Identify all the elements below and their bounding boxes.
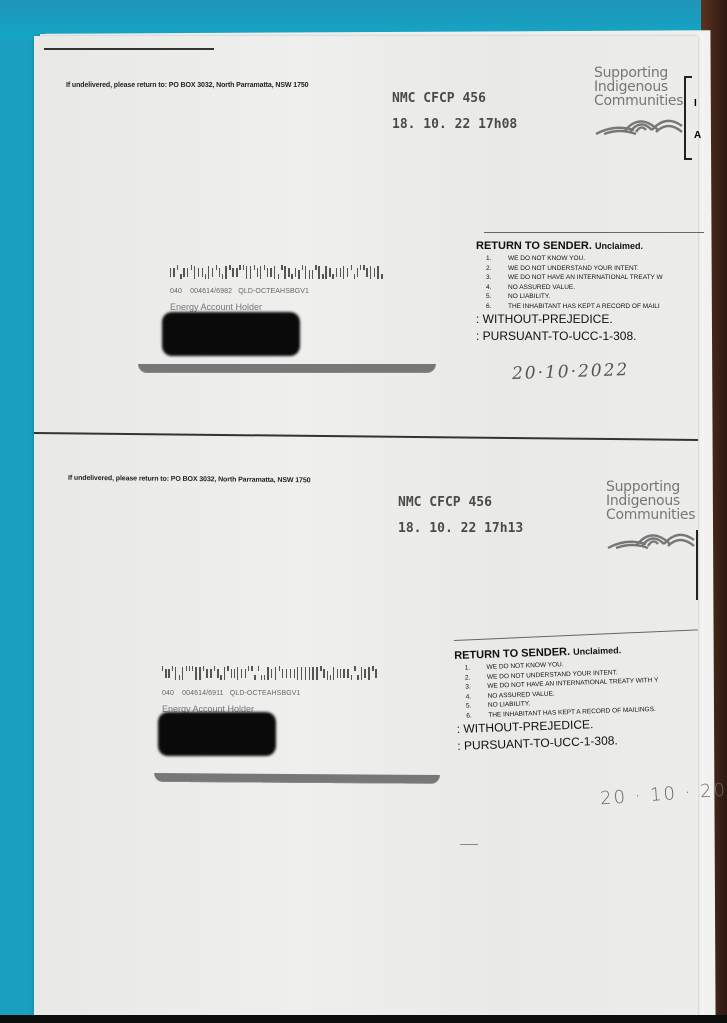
redacted-address [162, 312, 300, 356]
postal-barcode [170, 265, 384, 279]
reason-number: 5. [476, 292, 508, 302]
reason-text: WE DO NOT UNDERSTAND YOUR INTENT. [508, 264, 639, 274]
stamp-title: RETURN TO SENDER. Unclaimed. [476, 240, 663, 252]
reason-number: 1. [476, 254, 508, 264]
logo-line-2: Indigenous [606, 494, 714, 508]
logo-line-3: Communities [606, 508, 714, 522]
account-code: 040 [170, 288, 182, 295]
reason-text: NO ASSURED VALUE. [508, 283, 575, 293]
reason-number: 3. [476, 273, 508, 283]
stamp-top-rule [454, 629, 698, 641]
return-address: If undelivered, please return to: PO BOX… [66, 82, 308, 89]
account-reference: QLD-OCTEAHSBGV1 [238, 288, 309, 295]
bracket-letter-i: I [694, 98, 697, 109]
wave-pattern-icon [594, 108, 684, 138]
addressee-label: Energy Account Holder [170, 302, 262, 312]
reason-text: THE INHABITANT HAS KEPT A RECORD OF MAIL… [508, 302, 660, 312]
bracket-letter-a: A [694, 130, 701, 141]
logo-line-1: Supporting [606, 480, 714, 494]
postmark-code: NMC CFCP 456 [398, 490, 523, 516]
reason-text: NO LIABILITY. [508, 292, 550, 302]
stamp-reason-item: 3.WE DO NOT HAVE AN INTERNATIONAL TREATY… [476, 273, 663, 283]
reason-number: 2. [476, 264, 508, 274]
account-line: 040 004614/6982 QLD-OCTEAHSBGV1 [170, 288, 309, 295]
return-to-sender-stamp: RETURN TO SENDER. Unclaimed. 1.WE DO NOT… [454, 643, 661, 755]
table-edge-bottom [0, 1015, 727, 1023]
paper-sheet-front: If undelivered, please return to: PO BOX… [34, 36, 698, 1018]
envelope-window-edge [138, 364, 436, 373]
return-to-sender-stamp: RETURN TO SENDER. Unclaimed. 1.WE DO NOT… [476, 240, 663, 345]
handwritten-date: 20·10·2022 [512, 360, 630, 384]
account-line: 040 004614/6911 QLD-OCTEAHSBGV1 [162, 690, 301, 697]
postmark-code: NMC CFCP 456 [392, 86, 517, 112]
reason-text: WE DO NOT KNOW YOU. [508, 254, 585, 264]
reason-number: 6. [476, 302, 508, 312]
stamp-reason-item: 6.THE INHABITANT HAS KEPT A RECORD OF MA… [476, 302, 663, 312]
pencil-mark [460, 844, 478, 845]
account-number: 004614/6982 [190, 288, 232, 295]
postmark-date: 18. 10. 22 17h13 [398, 516, 523, 542]
stamp-reason-item: 4.NO ASSURED VALUE. [476, 283, 663, 293]
stamp-reasons-list: 1.WE DO NOT KNOW YOU.2.WE DO NOT UNDERST… [454, 657, 659, 721]
envelope-divider [34, 432, 698, 441]
stamp-top-rule [484, 232, 704, 233]
window-bracket [696, 530, 698, 600]
clause-ucc: : PURSUANT-TO-UCC-1-308. [476, 328, 663, 345]
stamp-reason-item: 5.NO LIABILITY. [476, 292, 663, 302]
reason-text: WE DO NOT HAVE AN INTERNATIONAL TREATY W [508, 273, 663, 283]
redacted-address [158, 712, 276, 756]
stamp-reasons-list: 1.WE DO NOT KNOW YOU.2.WE DO NOT UNDERST… [476, 254, 663, 311]
postmark: NMC CFCP 456 18. 10. 22 17h08 [392, 86, 517, 138]
top-edge-line [44, 48, 214, 50]
postmark-date: 18. 10. 22 17h08 [392, 112, 517, 138]
envelope-window-edge [154, 773, 440, 784]
stamp-reason-item: 2.WE DO NOT UNDERSTAND YOUR INTENT. [476, 264, 663, 274]
account-reference: QLD-OCTEAHSBGV1 [230, 690, 301, 697]
postmark: NMC CFCP 456 18. 10. 22 17h13 [398, 490, 523, 542]
wave-pattern-icon [606, 522, 696, 552]
account-number: 004614/6911 [182, 690, 223, 697]
clause-without-prejudice: : WITHOUT-PREJEDICE. [476, 311, 663, 328]
return-address: If undelivered, please return to: PO BOX… [68, 475, 311, 485]
postal-barcode [162, 666, 378, 680]
account-code: 040 [162, 690, 174, 697]
window-bracket [684, 76, 692, 160]
stamp-reason-item: 1.WE DO NOT KNOW YOU. [476, 254, 663, 264]
reason-number: 4. [476, 283, 508, 293]
